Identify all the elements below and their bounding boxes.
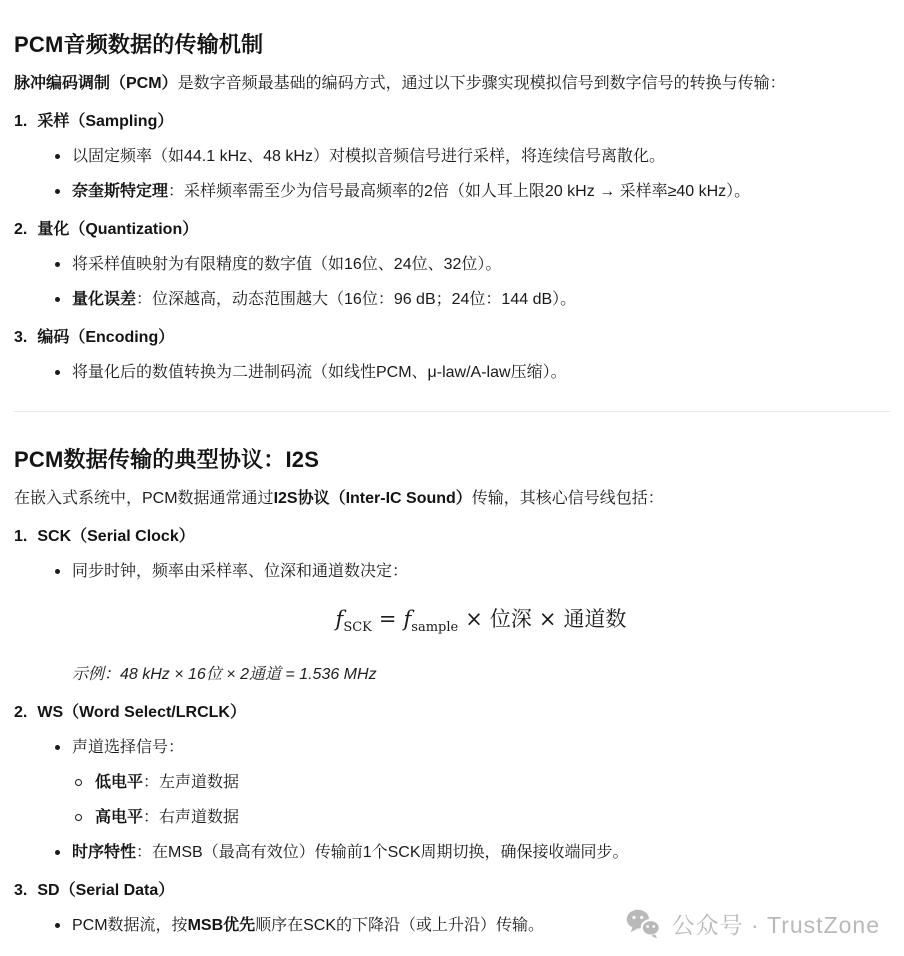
sampling-bullet-list: 以固定频率（如44.1 kHz、48 kHz）对模拟音频信号进行采样，将连续信号…	[14, 146, 890, 202]
numbered-item-encoding: 3. 编码（Encoding）	[14, 327, 890, 348]
bullet-item: 声道选择信号：	[14, 737, 890, 758]
bullet-item: 同步时钟，频率由采样率、位深和通道数决定：	[14, 561, 890, 582]
item-number: 2.	[14, 219, 27, 240]
item-title: 采样（Sampling）	[37, 111, 173, 132]
bullet-text: 将采样值映射为有限精度的数字值（如16位、24位、32位）。	[72, 256, 501, 273]
bullet-item: 将采样值映射为有限精度的数字值（如16位、24位、32位）。	[14, 254, 890, 275]
item-number: 3.	[14, 327, 27, 348]
bullet-text: ：左声道数据	[143, 774, 239, 791]
section2-intro: 在嵌入式系统中，PCM数据通常通过I2S协议（Inter-IC Sound）传输…	[14, 488, 890, 509]
bullet-text: 声道选择信号：	[72, 739, 184, 756]
bullet-text: 顺序在SCK的下降沿（或上升沿）传输。	[255, 917, 544, 934]
item-number: 2.	[14, 702, 27, 723]
bullet-item: 量化误差：位深越高，动态范围越大（16位：96 dB；24位：144 dB）。	[14, 289, 890, 310]
bullet-item: 奈奎斯特定理：采样频率需至少为信号最高频率的2倍（如人耳上限20 kHz → 采…	[14, 181, 890, 202]
item-title: 编码（Encoding）	[37, 327, 174, 348]
item-title: SD（Serial Data）	[37, 880, 174, 901]
numbered-item-sampling: 1. 采样（Sampling）	[14, 111, 890, 132]
bullet-item: 时序特性：在MSB（最高有效位）传输前1个SCK周期切换，确保接收端同步。	[14, 842, 890, 863]
numbered-item-sck: 1. SCK（Serial Clock）	[14, 526, 890, 547]
multiply-sign: ×	[532, 607, 564, 631]
bullet-text: PCM数据流，按	[72, 917, 188, 934]
watermark: 公众号 · TrustZone	[625, 907, 880, 940]
formula-subscript: SCK	[343, 620, 372, 635]
quantization-bullet-list: 将采样值映射为有限精度的数字值（如16位、24位、32位）。 量化误差：位深越高…	[14, 254, 890, 310]
bullet-bold-term: 低电平	[95, 774, 143, 791]
bullet-bold-term: 时序特性	[72, 844, 136, 861]
bullet-text: 以固定频率（如44.1 kHz、48 kHz）对模拟音频信号进行采样，将连续信号…	[72, 148, 665, 165]
formula-term: 位深	[490, 607, 532, 631]
bullet-bold-term: MSB优先	[188, 917, 256, 934]
sub-bullet-item: 低电平：左声道数据	[14, 772, 890, 793]
multiply-sign: ×	[458, 607, 490, 631]
item-title: SCK（Serial Clock）	[37, 526, 194, 547]
intro-text: 传输，其核心信号线包括：	[472, 490, 664, 507]
item-title: 量化（Quantization）	[37, 219, 198, 240]
section2-title: PCM数据传输的典型协议：I2S	[14, 445, 890, 474]
formula-term: 通道数	[563, 607, 626, 631]
bullet-bold-term: 奈奎斯特定理	[72, 183, 168, 200]
intro-bold-term: I2S协议（Inter-IC Sound）	[274, 490, 472, 507]
item-number: 1.	[14, 526, 27, 547]
wechat-icon	[625, 908, 661, 939]
intro-bold-term: 脉冲编码调制（PCM）	[14, 75, 178, 92]
encoding-bullet-list: 将量化后的数值转换为二进制码流（如线性PCM、μ-law/A-law压缩）。	[14, 362, 890, 383]
numbered-item-ws: 2. WS（Word Select/LRCLK）	[14, 702, 890, 723]
bullet-text: 同步时钟，频率由采样率、位深和通道数决定：	[72, 563, 408, 580]
ws-bullet-list: 声道选择信号： 低电平：左声道数据 高电平：右声道数据 时序特性：在MSB（最高…	[14, 737, 890, 863]
numbered-item-sd: 3. SD（Serial Data）	[14, 880, 890, 901]
bullet-text: ：采样频率需至少为信号最高频率的2倍（如人耳上限20 kHz → 采样率≥40 …	[168, 183, 750, 200]
bullet-bold-term: 量化误差	[72, 291, 136, 308]
item-number: 1.	[14, 111, 27, 132]
bullet-text: 将量化后的数值转换为二进制码流（如线性PCM、μ-law/A-law压缩）。	[72, 364, 567, 381]
section-divider	[14, 411, 890, 412]
intro-text: 是数字音频最基础的编码方式，通过以下步骤实现模拟信号到数字信号的转换与传输：	[178, 75, 786, 92]
intro-text: 在嵌入式系统中，PCM数据通常通过	[14, 490, 274, 507]
formula-example: 示例：48 kHz × 16位 × 2通道 = 1.536 MHz	[72, 664, 890, 685]
watermark-label: 公众号 · TrustZone	[672, 907, 880, 940]
bullet-text: ：位深越高，动态范围越大（16位：96 dB；24位：144 dB）。	[136, 291, 576, 308]
article: PCM音频数据的传输机制 脉冲编码调制（PCM）是数字音频最基础的编码方式，通过…	[0, 30, 904, 936]
bullet-bold-term: 高电平	[95, 809, 143, 826]
sck-bullet-list: 同步时钟，频率由采样率、位深和通道数决定：	[14, 561, 890, 582]
item-number: 3.	[14, 880, 27, 901]
bullet-text: ：右声道数据	[143, 809, 239, 826]
sub-bullet-item: 高电平：右声道数据	[14, 807, 890, 828]
sck-frequency-formula: fSCK=fsample×位深×通道数	[72, 604, 890, 643]
item-title: WS（Word Select/LRCLK）	[37, 702, 246, 723]
section1-intro: 脉冲编码调制（PCM）是数字音频最基础的编码方式，通过以下步骤实现模拟信号到数字…	[14, 73, 890, 94]
section1-title: PCM音频数据的传输机制	[14, 30, 890, 59]
formula-subscript: sample	[411, 620, 458, 635]
equals-sign: =	[372, 607, 404, 631]
bullet-item: 将量化后的数值转换为二进制码流（如线性PCM、μ-law/A-law压缩）。	[14, 362, 890, 383]
bullet-text: ：在MSB（最高有效位）传输前1个SCK周期切换，确保接收端同步。	[136, 844, 628, 861]
bullet-item: 以固定频率（如44.1 kHz、48 kHz）对模拟音频信号进行采样，将连续信号…	[14, 146, 890, 167]
numbered-item-quantization: 2. 量化（Quantization）	[14, 219, 890, 240]
